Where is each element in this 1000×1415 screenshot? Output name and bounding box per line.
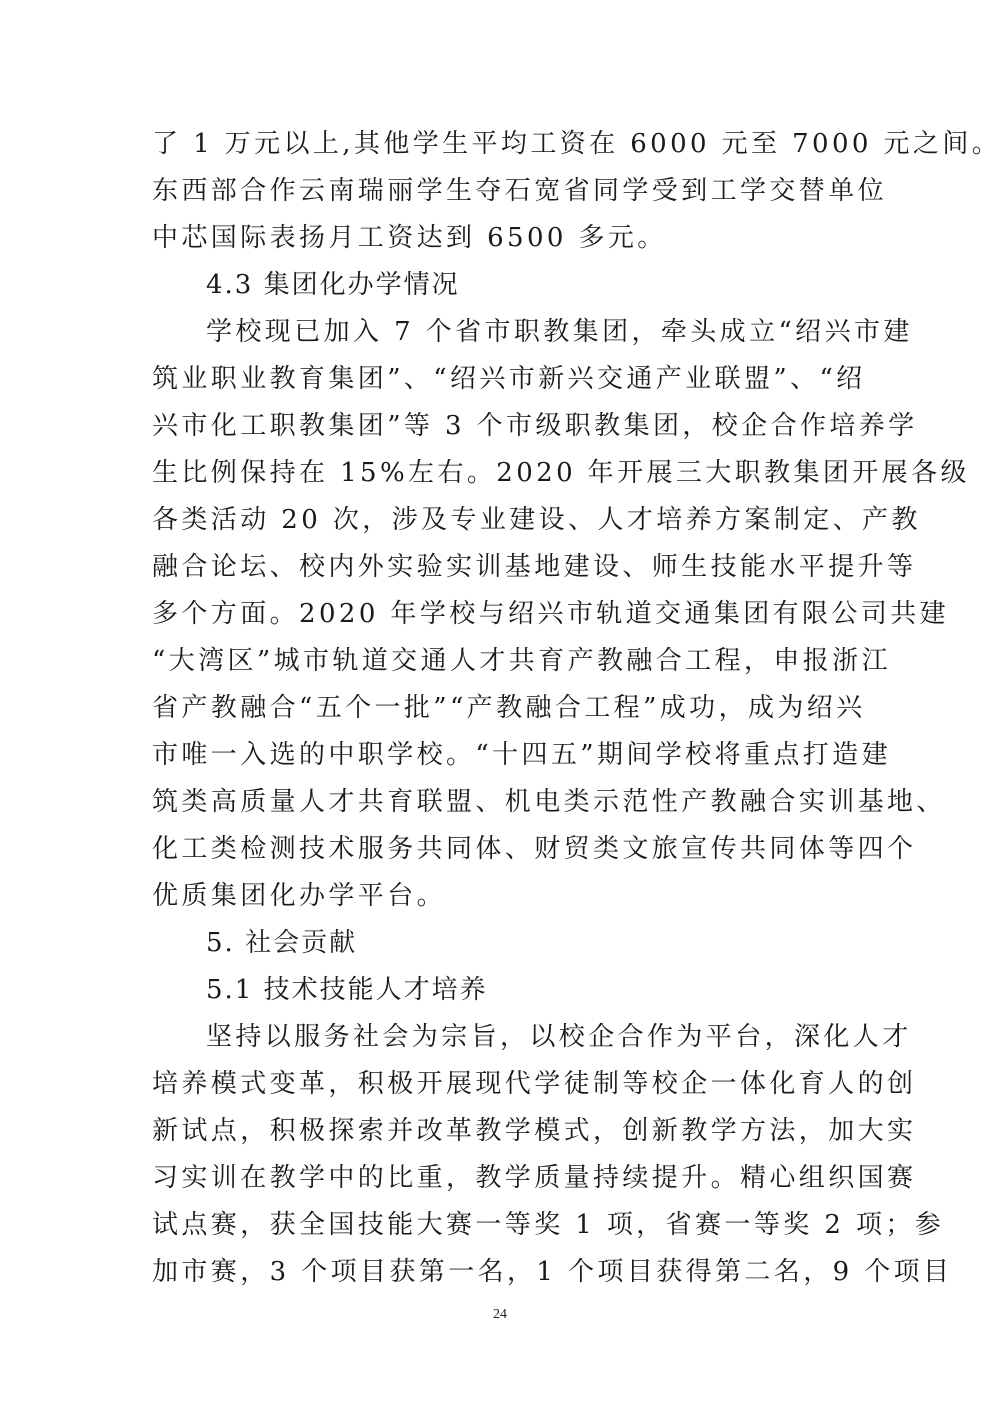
body-text-line: 省产教融合“五个一批”“产教融合工程”成功，成为绍兴 — [152, 692, 872, 724]
body-text-line: 生比例保持在 15%左右。2020 年开展三大职教集团开展各级 — [152, 457, 872, 489]
body-text-line: 融合论坛、校内外实验实训基地建设、师生技能水平提升等 — [152, 551, 872, 583]
body-text-line: 了 1 万元以上,其他学生平均工资在 6000 元至 7000 元之间。 — [152, 128, 872, 160]
body-text-line: 培养模式变革，积极开展现代学徒制等校企一体化育人的创 — [152, 1068, 872, 1100]
body-text-line: 兴市化工职教集团”等 3 个市级职教集团，校企合作培养学 — [152, 410, 872, 442]
section-heading-4-3: 4.3 集团化办学情况 — [206, 269, 926, 301]
body-text-line: 筑类高质量人才共育联盟、机电类示范性产教融合实训基地、 — [152, 786, 872, 818]
body-text-line: 筑业职业教育集团”、“绍兴市新兴交通产业联盟”、“绍 — [152, 363, 872, 395]
body-text-line: 习实训在教学中的比重，教学质量持续提升。精心组织国赛 — [152, 1162, 872, 1194]
body-text-line: 市唯一入选的中职学校。“十四五”期间学校将重点打造建 — [152, 739, 872, 771]
body-text-line: 多个方面。2020 年学校与绍兴市轨道交通集团有限公司共建 — [152, 598, 872, 630]
body-text-line: 化工类检测技术服务共同体、财贸类文旅宣传共同体等四个 — [152, 833, 872, 865]
body-text-line: 东西部合作云南瑞丽学生夺石宽省同学受到工学交替单位 — [152, 175, 872, 207]
body-text-line: 加市赛，3 个项目获第一名，1 个项目获得第二名，9 个项目 — [152, 1256, 872, 1288]
section-heading-5: 5. 社会贡献 — [206, 927, 926, 959]
document-page: 了 1 万元以上,其他学生平均工资在 6000 元至 7000 元之间。 东西部… — [0, 0, 1000, 1415]
paragraph-start-line: 坚持以服务社会为宗旨，以校企合作为平台，深化人才 — [206, 1021, 926, 1053]
page-number: 24 — [0, 1307, 1000, 1323]
body-text-line: 试点赛，获全国技能大赛一等奖 1 项，省赛一等奖 2 项；参 — [152, 1209, 872, 1241]
body-text-line: 优质集团化办学平台。 — [152, 880, 872, 912]
body-text-line: 新试点，积极探索并改革教学模式，创新教学方法，加大实 — [152, 1115, 872, 1147]
section-heading-5-1: 5.1 技术技能人才培养 — [206, 974, 926, 1006]
paragraph-start-line: 学校现已加入 7 个省市职教集团，牵头成立“绍兴市建 — [206, 316, 926, 348]
body-text-line: 中芯国际表扬月工资达到 6500 多元。 — [152, 222, 872, 254]
body-text-line: “大湾区”城市轨道交通人才共育产教融合工程，申报浙江 — [152, 645, 872, 677]
body-text-line: 各类活动 20 次，涉及专业建设、人才培养方案制定、产教 — [152, 504, 872, 536]
